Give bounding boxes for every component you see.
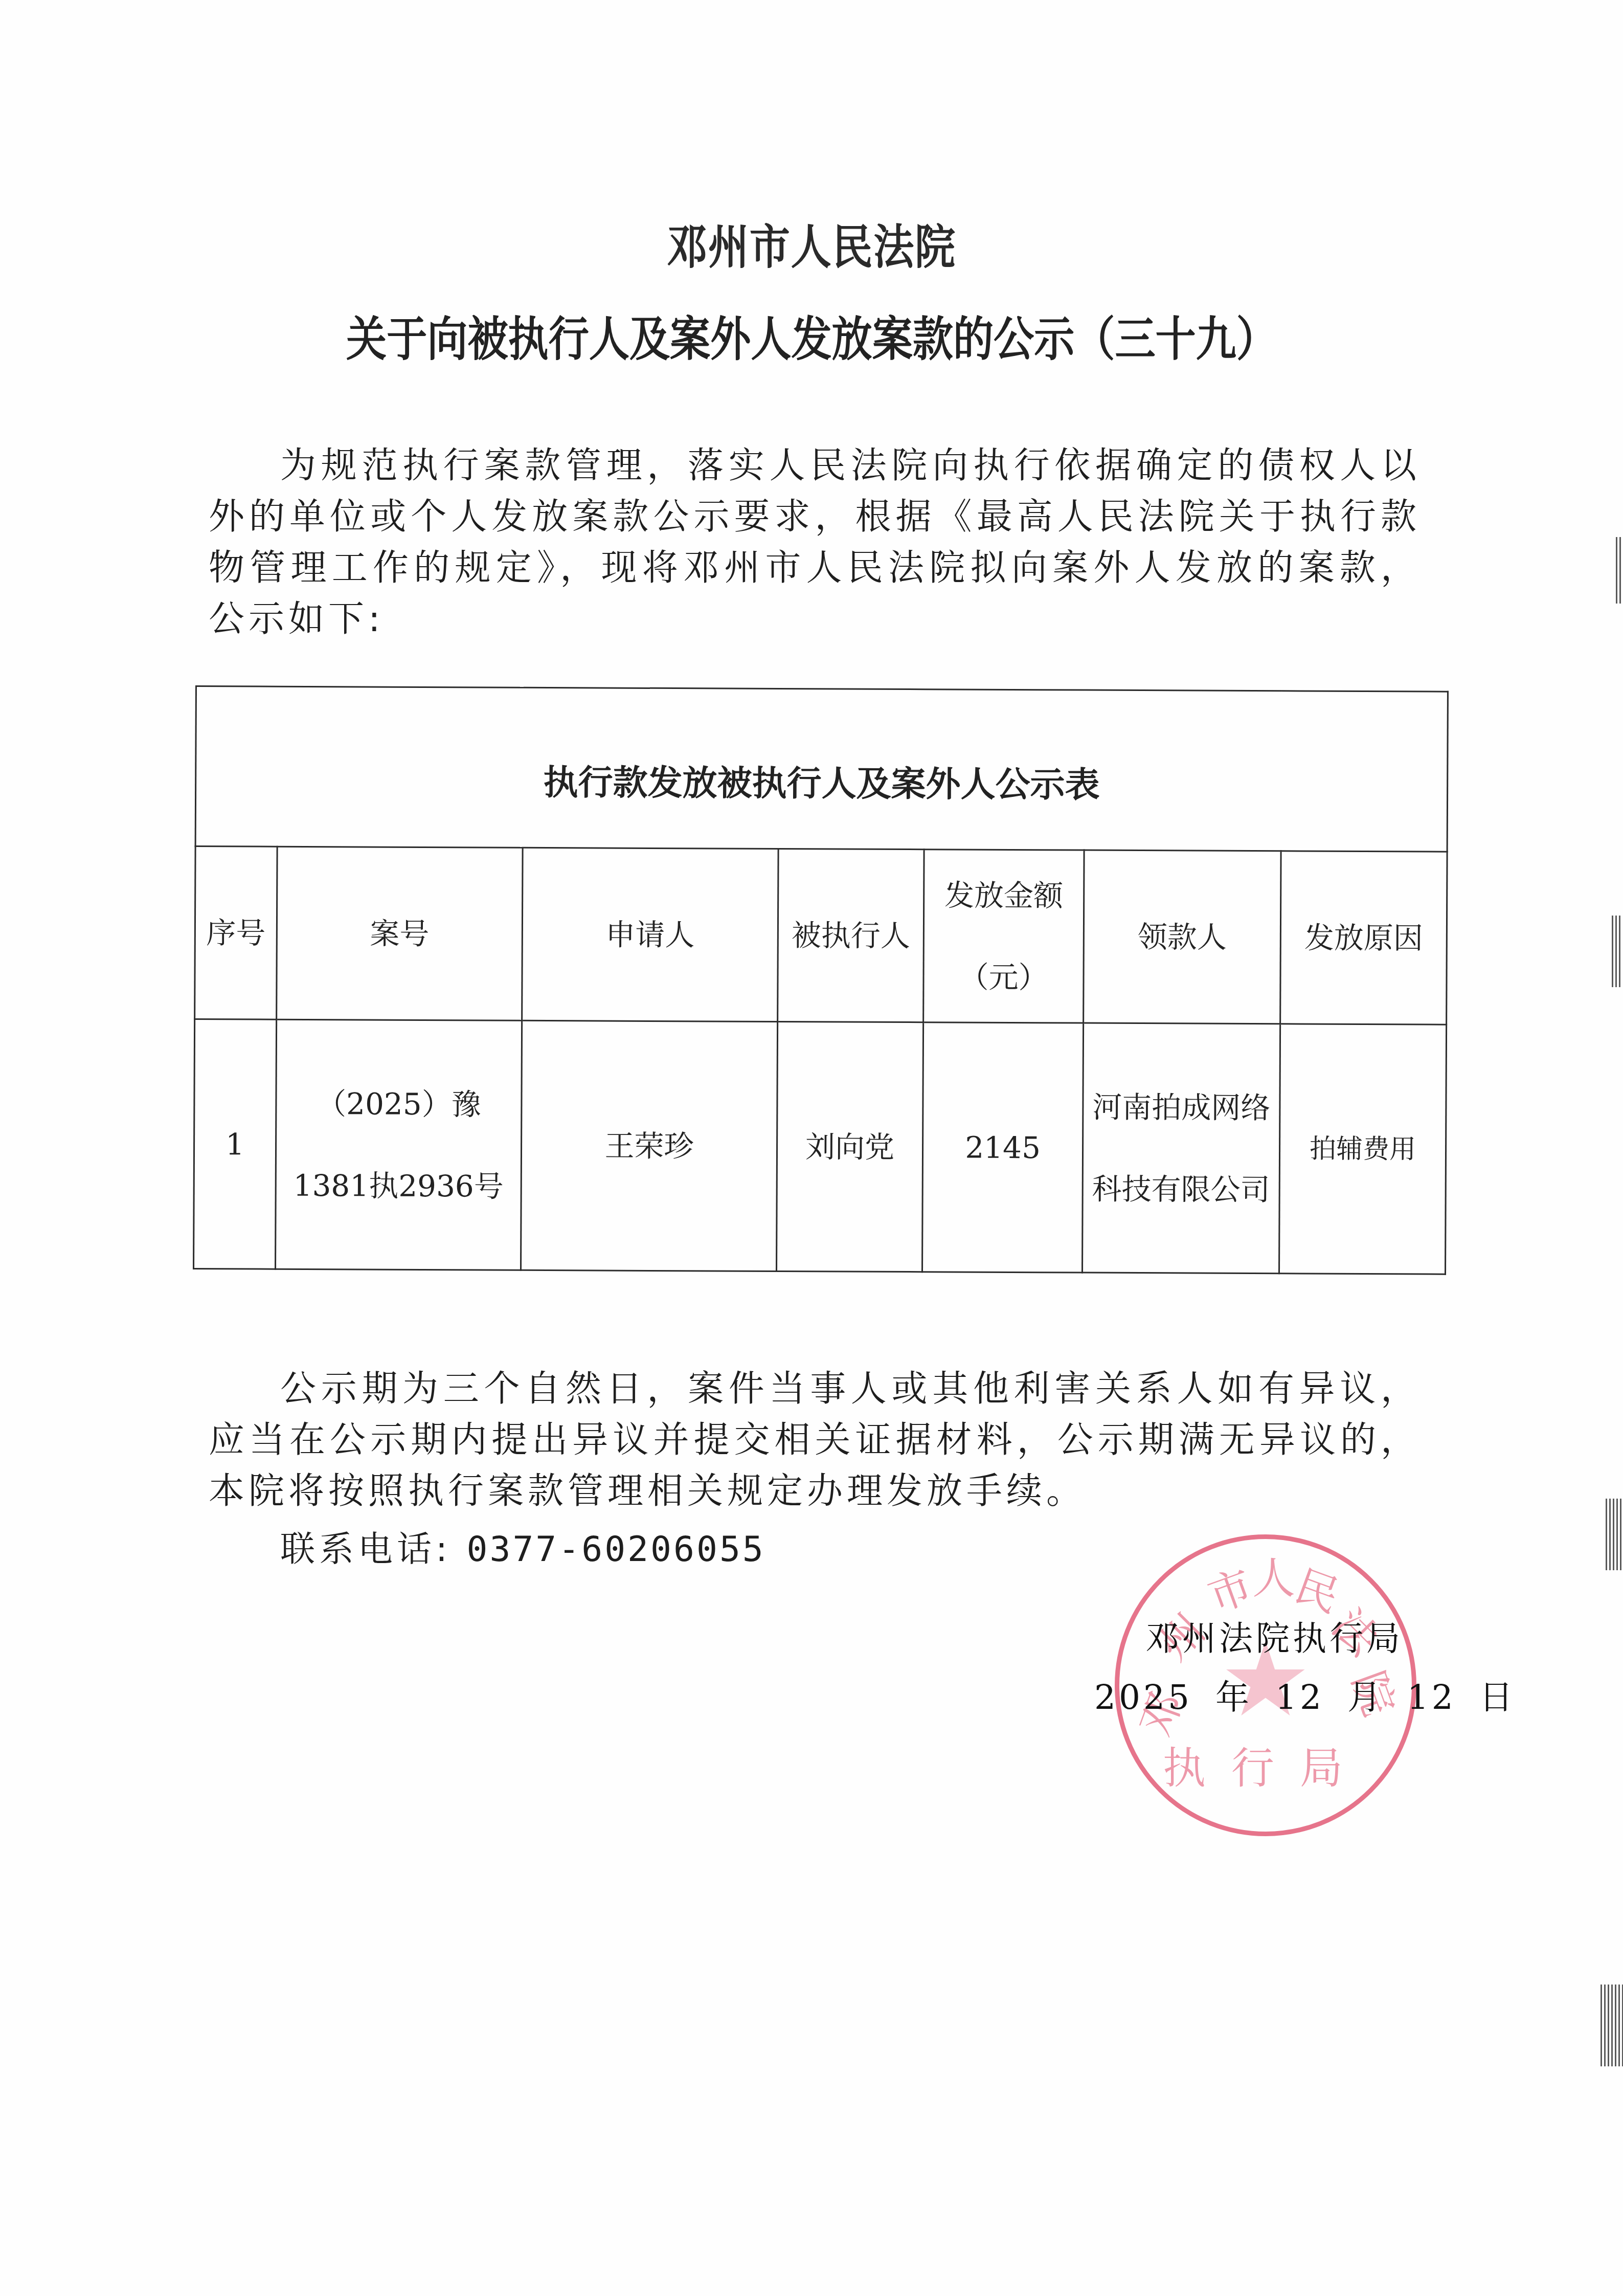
cell-case-number: （2025）豫1381执2936号 bbox=[276, 1019, 522, 1270]
table-caption: 执行款发放被执行人及案外人公示表 bbox=[195, 686, 1448, 852]
header-applicant: 申请人 bbox=[522, 848, 778, 1021]
contact-line: 联系电话: 0377-60206055 bbox=[280, 1522, 765, 1571]
issuer-title: 邓州市人民法院 bbox=[114, 210, 1509, 277]
scan-edge-artifact bbox=[1612, 916, 1622, 987]
header-payee: 领款人 bbox=[1084, 850, 1281, 1024]
contact-phone: 0377-60206055 bbox=[467, 1529, 765, 1570]
cell-payee: 河南拍成网络科技有限公司 bbox=[1083, 1023, 1280, 1274]
cell-respondent: 刘向党 bbox=[777, 1021, 923, 1272]
scan-edge-artifact bbox=[1616, 537, 1621, 604]
header-amount: 发放金额（元） bbox=[923, 850, 1084, 1023]
header-index: 序号 bbox=[195, 846, 277, 1020]
cell-applicant: 王荣珍 bbox=[521, 1020, 778, 1271]
contact-label: 联系电话: bbox=[280, 1529, 452, 1570]
notice-title: 关于向被执行人及案外人发放案款的公示（三十九） bbox=[114, 302, 1509, 369]
notice-paragraph: 公示期为三个自然日，案件当事人或其他利害关系人如有异议，应当在公示期内提出异议并… bbox=[209, 1363, 1421, 1517]
header-respondent: 被执行人 bbox=[778, 849, 924, 1022]
table-row: 1 （2025）豫1381执2936号 王荣珍 刘向党 2145 河南拍成网络科… bbox=[194, 1019, 1447, 1275]
cell-amount: 2145 bbox=[922, 1022, 1084, 1273]
header-reason: 发放原因 bbox=[1280, 851, 1448, 1024]
cell-index: 1 bbox=[194, 1019, 277, 1269]
scan-edge-artifact bbox=[1606, 1499, 1623, 1570]
disbursement-table: 执行款发放被执行人及案外人公示表 序号 案号 申请人 被执行人 发放金额（元） … bbox=[193, 685, 1449, 1275]
signature-date: 2025 年 12 月 12 日 bbox=[1094, 1670, 1516, 1719]
header-case-number: 案号 bbox=[277, 846, 523, 1020]
document-page: 邓州市人民法院 关于向被执行人及案外人发放案款的公示（三十九） 为规范执行案款管… bbox=[0, 0, 1623, 2296]
scan-edge-artifact bbox=[1601, 1985, 1623, 2066]
table-header-row: 序号 案号 申请人 被执行人 发放金额（元） 领款人 发放原因 bbox=[195, 846, 1448, 1025]
signature-organization: 邓州法院执行局 bbox=[1145, 1611, 1403, 1660]
seal-bottom-text: 执行局 bbox=[1119, 1734, 1412, 1796]
intro-paragraph: 为规范执行案款管理，落实人民法院向执行依据确定的债权人以外的单位或个人发放案款公… bbox=[209, 440, 1421, 644]
cell-reason: 拍辅费用 bbox=[1279, 1024, 1447, 1274]
